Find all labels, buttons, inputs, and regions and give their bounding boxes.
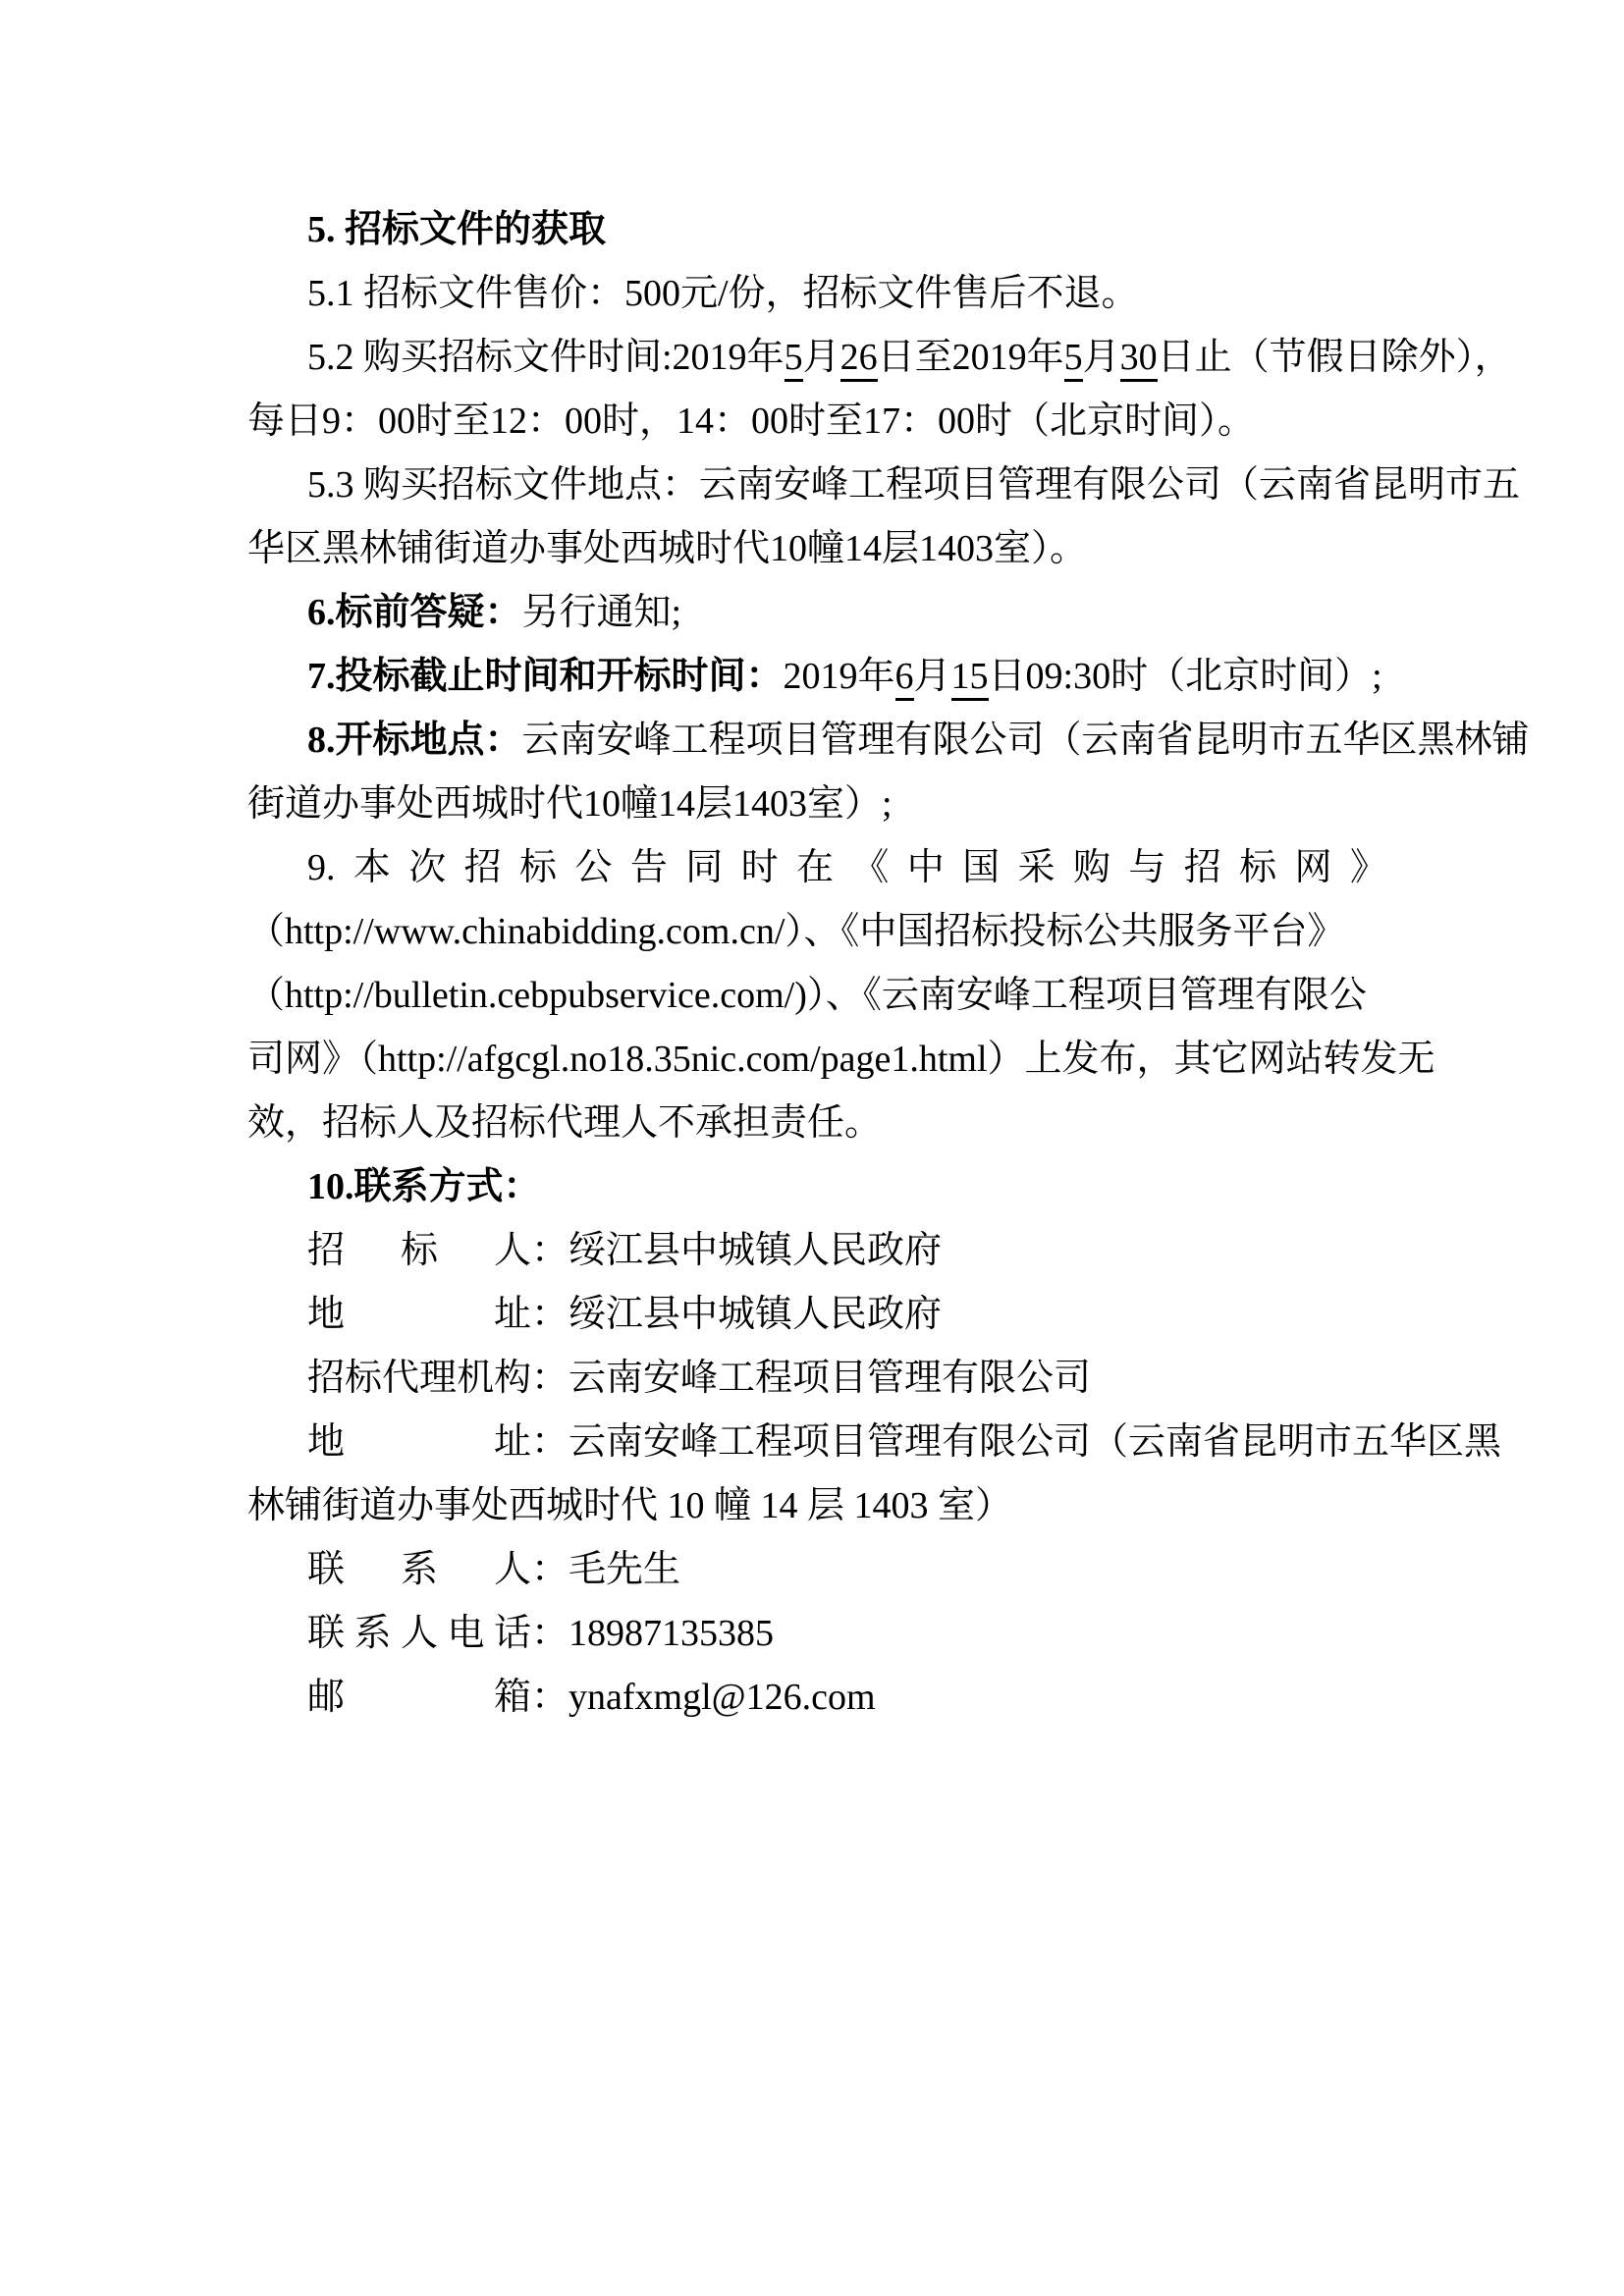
contact-row-tenderer: 招标人：绥江县中城镇人民政府	[247, 1219, 1465, 1283]
section7-label: 7.投标截止时间和开标时间：	[307, 656, 784, 697]
item-5-3-line2: 华区黑林铺街道办事处西城时代10幢14层1403室）。	[247, 517, 1465, 581]
contact-value: 绥江县中城镇人民政府	[568, 1230, 942, 1271]
contact-value: 云南安峰工程项目管理有限公司	[568, 1358, 1091, 1399]
section7-line: 7.投标截止时间和开标时间：2019年6月15日09:30时（北京时间）;	[247, 645, 1465, 709]
contact-colon: ：	[531, 1677, 568, 1718]
section10-heading: 10.联系方式：	[247, 1155, 1465, 1219]
item-5-2-text: 日止（节假日除外），	[1158, 337, 1512, 378]
underlined-day: 26	[840, 337, 878, 382]
item-5-2-text: 5.2 购买招标文件时间:2019年	[307, 337, 785, 378]
section5-heading: 5. 招标文件的获取	[247, 198, 1465, 262]
item-5-3-line1: 5.3 购买招标文件地点：云南安峰工程项目管理有限公司（云南省昆明市五	[247, 454, 1465, 517]
contact-label: 联系人	[307, 1538, 531, 1602]
section7-text: 月	[914, 656, 951, 697]
section9-line5: 效，招标人及招标代理人不承担责任。	[247, 1092, 1465, 1155]
contact-colon: ：	[531, 1549, 568, 1590]
item-5-2-text: 月	[1083, 337, 1120, 378]
contact-address2-wrap: 林铺街道办事处西城时代 10 幢 14 层 1403 室）	[247, 1474, 1465, 1538]
contact-label: 招标人	[307, 1219, 531, 1283]
section6-text: 另行通知;	[522, 592, 682, 633]
item-5-1: 5.1 招标文件售价：500元/份，招标文件售后不退。	[247, 262, 1465, 326]
contact-colon: ：	[531, 1230, 568, 1271]
section8-text: 云南安峰工程项目管理有限公司（云南省昆明市五华区黑林铺	[522, 720, 1530, 761]
item-5-2-text: 月	[803, 337, 840, 378]
section8-line2: 街道办事处西城时代10幢14层1403室）;	[247, 773, 1465, 836]
contact-row-address2: 地址：云南安峰工程项目管理有限公司（云南省昆明市五华区黑	[247, 1411, 1465, 1474]
section9-line4: 司网》（http://afgcgl.no18.35nic.com/page1.h…	[247, 1028, 1465, 1092]
underlined-day: 15	[951, 656, 989, 701]
section6-line: 6.标前答疑：另行通知;	[247, 581, 1465, 645]
contact-row-phone: 联系人电话：18987135385	[247, 1602, 1465, 1666]
contact-label: 联系人电话	[307, 1602, 531, 1666]
section8-label: 8.开标地点：	[307, 720, 522, 761]
contact-value: 毛先生	[568, 1549, 680, 1590]
contact-label: 地址	[307, 1411, 531, 1474]
section9-line2: （http://www.chinabidding.com.cn/）、《中国招标投…	[247, 900, 1465, 964]
section7-text: 日09:30时（北京时间）;	[989, 656, 1382, 697]
contact-row-email: 邮箱：ynafxmgl@126.com	[247, 1666, 1465, 1730]
contact-colon: ：	[531, 1421, 568, 1463]
contact-colon: ：	[531, 1613, 568, 1654]
section6-label: 6.标前答疑：	[307, 592, 522, 633]
contact-value: 18987135385	[568, 1613, 774, 1654]
contact-label: 邮箱	[307, 1666, 531, 1730]
item-5-2-text: 日至2019年	[878, 337, 1064, 378]
contact-colon: ：	[531, 1294, 568, 1335]
underlined-month: 5	[1064, 337, 1083, 382]
contact-value: 绥江县中城镇人民政府	[568, 1294, 942, 1335]
contact-value: ynafxmgl@126.com	[568, 1677, 876, 1718]
underlined-month: 6	[895, 656, 914, 701]
section9-line3: （http://bulletin.cebpubservice.com/)）、《云…	[247, 964, 1465, 1028]
contact-row-agency: 招标代理机构：云南安峰工程项目管理有限公司	[247, 1347, 1465, 1411]
contact-row-address1: 地址：绥江县中城镇人民政府	[247, 1283, 1465, 1347]
contact-label: 地址	[307, 1283, 531, 1347]
section7-text: 2019年	[784, 656, 895, 697]
item-5-2: 5.2 购买招标文件时间:2019年5月26日至2019年5月30日止（节假日除…	[247, 326, 1465, 390]
document-content: 5. 招标文件的获取 5.1 招标文件售价：500元/份，招标文件售后不退。 5…	[247, 198, 1465, 1730]
underlined-month: 5	[785, 337, 803, 382]
section8-line1: 8.开标地点：云南安峰工程项目管理有限公司（云南省昆明市五华区黑林铺	[247, 709, 1465, 773]
underlined-day: 30	[1120, 337, 1158, 382]
contact-label: 招标代理机构	[307, 1347, 531, 1411]
contact-value: 云南安峰工程项目管理有限公司（云南省昆明市五华区黑	[568, 1421, 1501, 1463]
contact-colon: ：	[531, 1358, 568, 1399]
contact-row-person: 联系人：毛先生	[247, 1538, 1465, 1602]
item-5-2-continuation: 每日9：00时至12：00时，14：00时至17：00时（北京时间）。	[247, 390, 1465, 454]
section9-line1: 9.本次招标公告同时在《中国采购与招标网》	[307, 836, 1387, 900]
document-page: 5. 招标文件的获取 5.1 招标文件售价：500元/份，招标文件售后不退。 5…	[0, 0, 1624, 2296]
